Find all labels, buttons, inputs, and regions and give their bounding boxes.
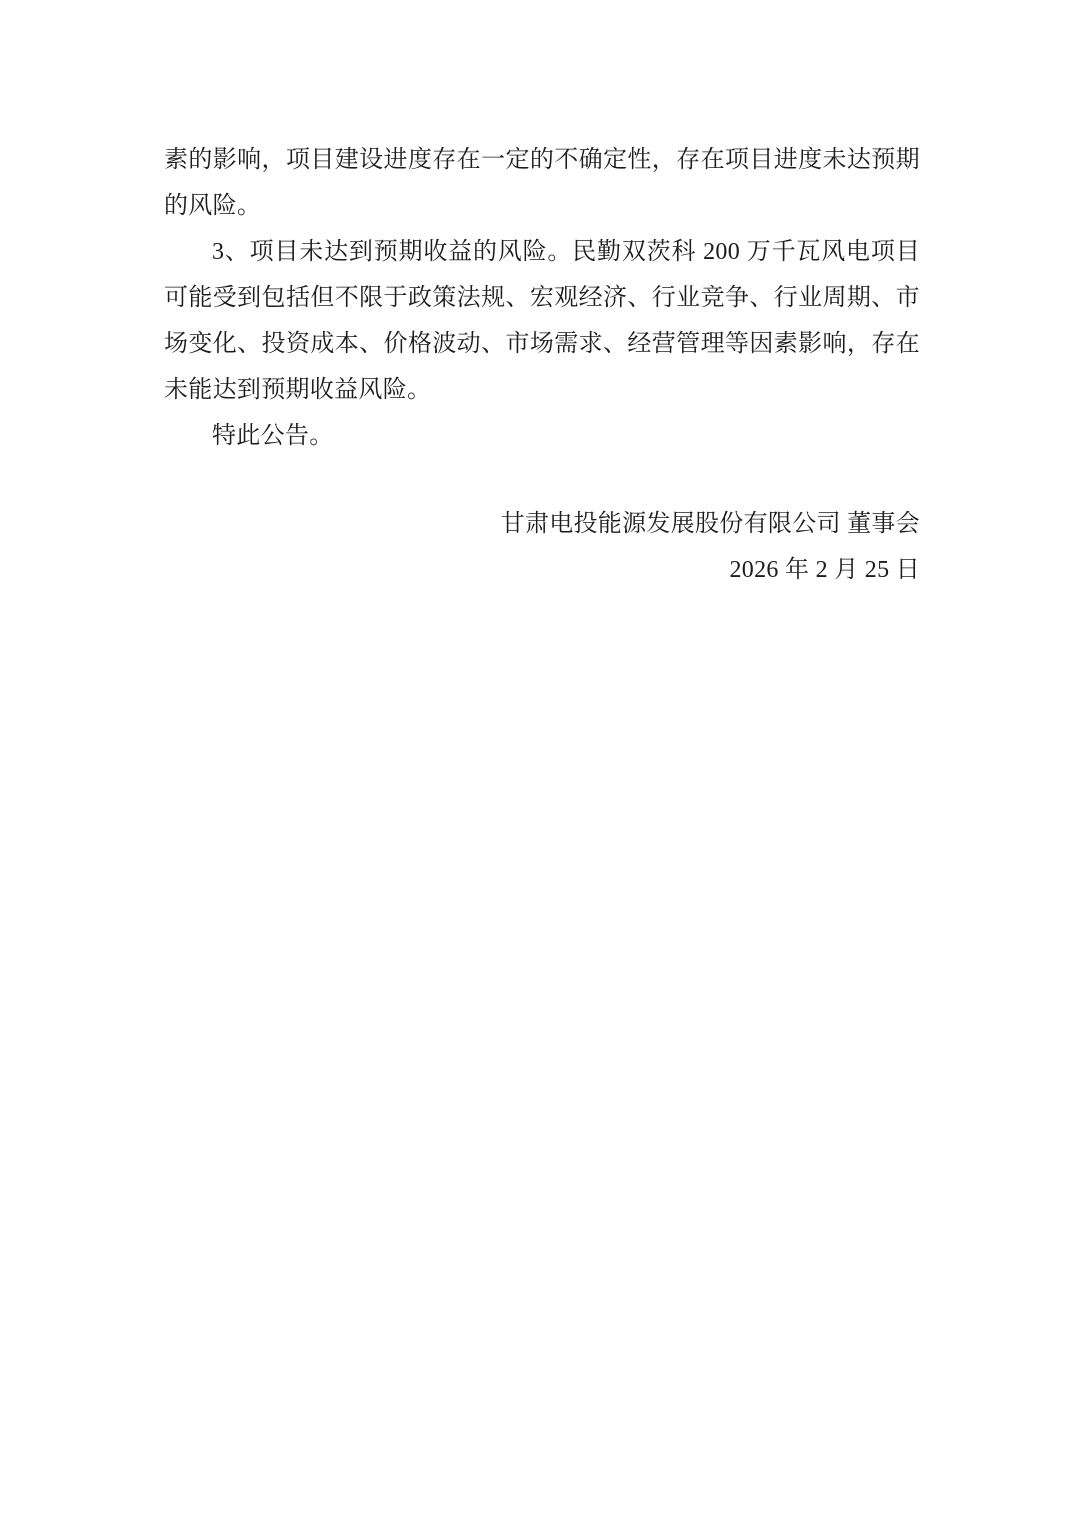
paragraph-construction-schedule-risk: 素的影响，项目建设进度存在一定的不确定性，存在项目进度未达预期的风险。 bbox=[164, 137, 920, 229]
paragraph-expected-return-risk: 3、项目未达到预期收益的风险。民勤双茨科 200 万千瓦风电项目可能受到包括但不… bbox=[164, 229, 920, 413]
signature-company-board: 甘肃电投能源发展股份有限公司 董事会 bbox=[164, 501, 920, 547]
document-body: 素的影响，项目建设进度存在一定的不确定性，存在项目进度未达预期的风险。 3、项目… bbox=[164, 137, 920, 459]
signature-date: 2026 年 2 月 25 日 bbox=[164, 547, 920, 593]
signature-block: 甘肃电投能源发展股份有限公司 董事会 2026 年 2 月 25 日 bbox=[164, 501, 920, 593]
paragraph-closing-statement: 特此公告。 bbox=[164, 413, 920, 459]
document-page: 素的影响，项目建设进度存在一定的不确定性，存在项目进度未达预期的风险。 3、项目… bbox=[0, 0, 1080, 1527]
